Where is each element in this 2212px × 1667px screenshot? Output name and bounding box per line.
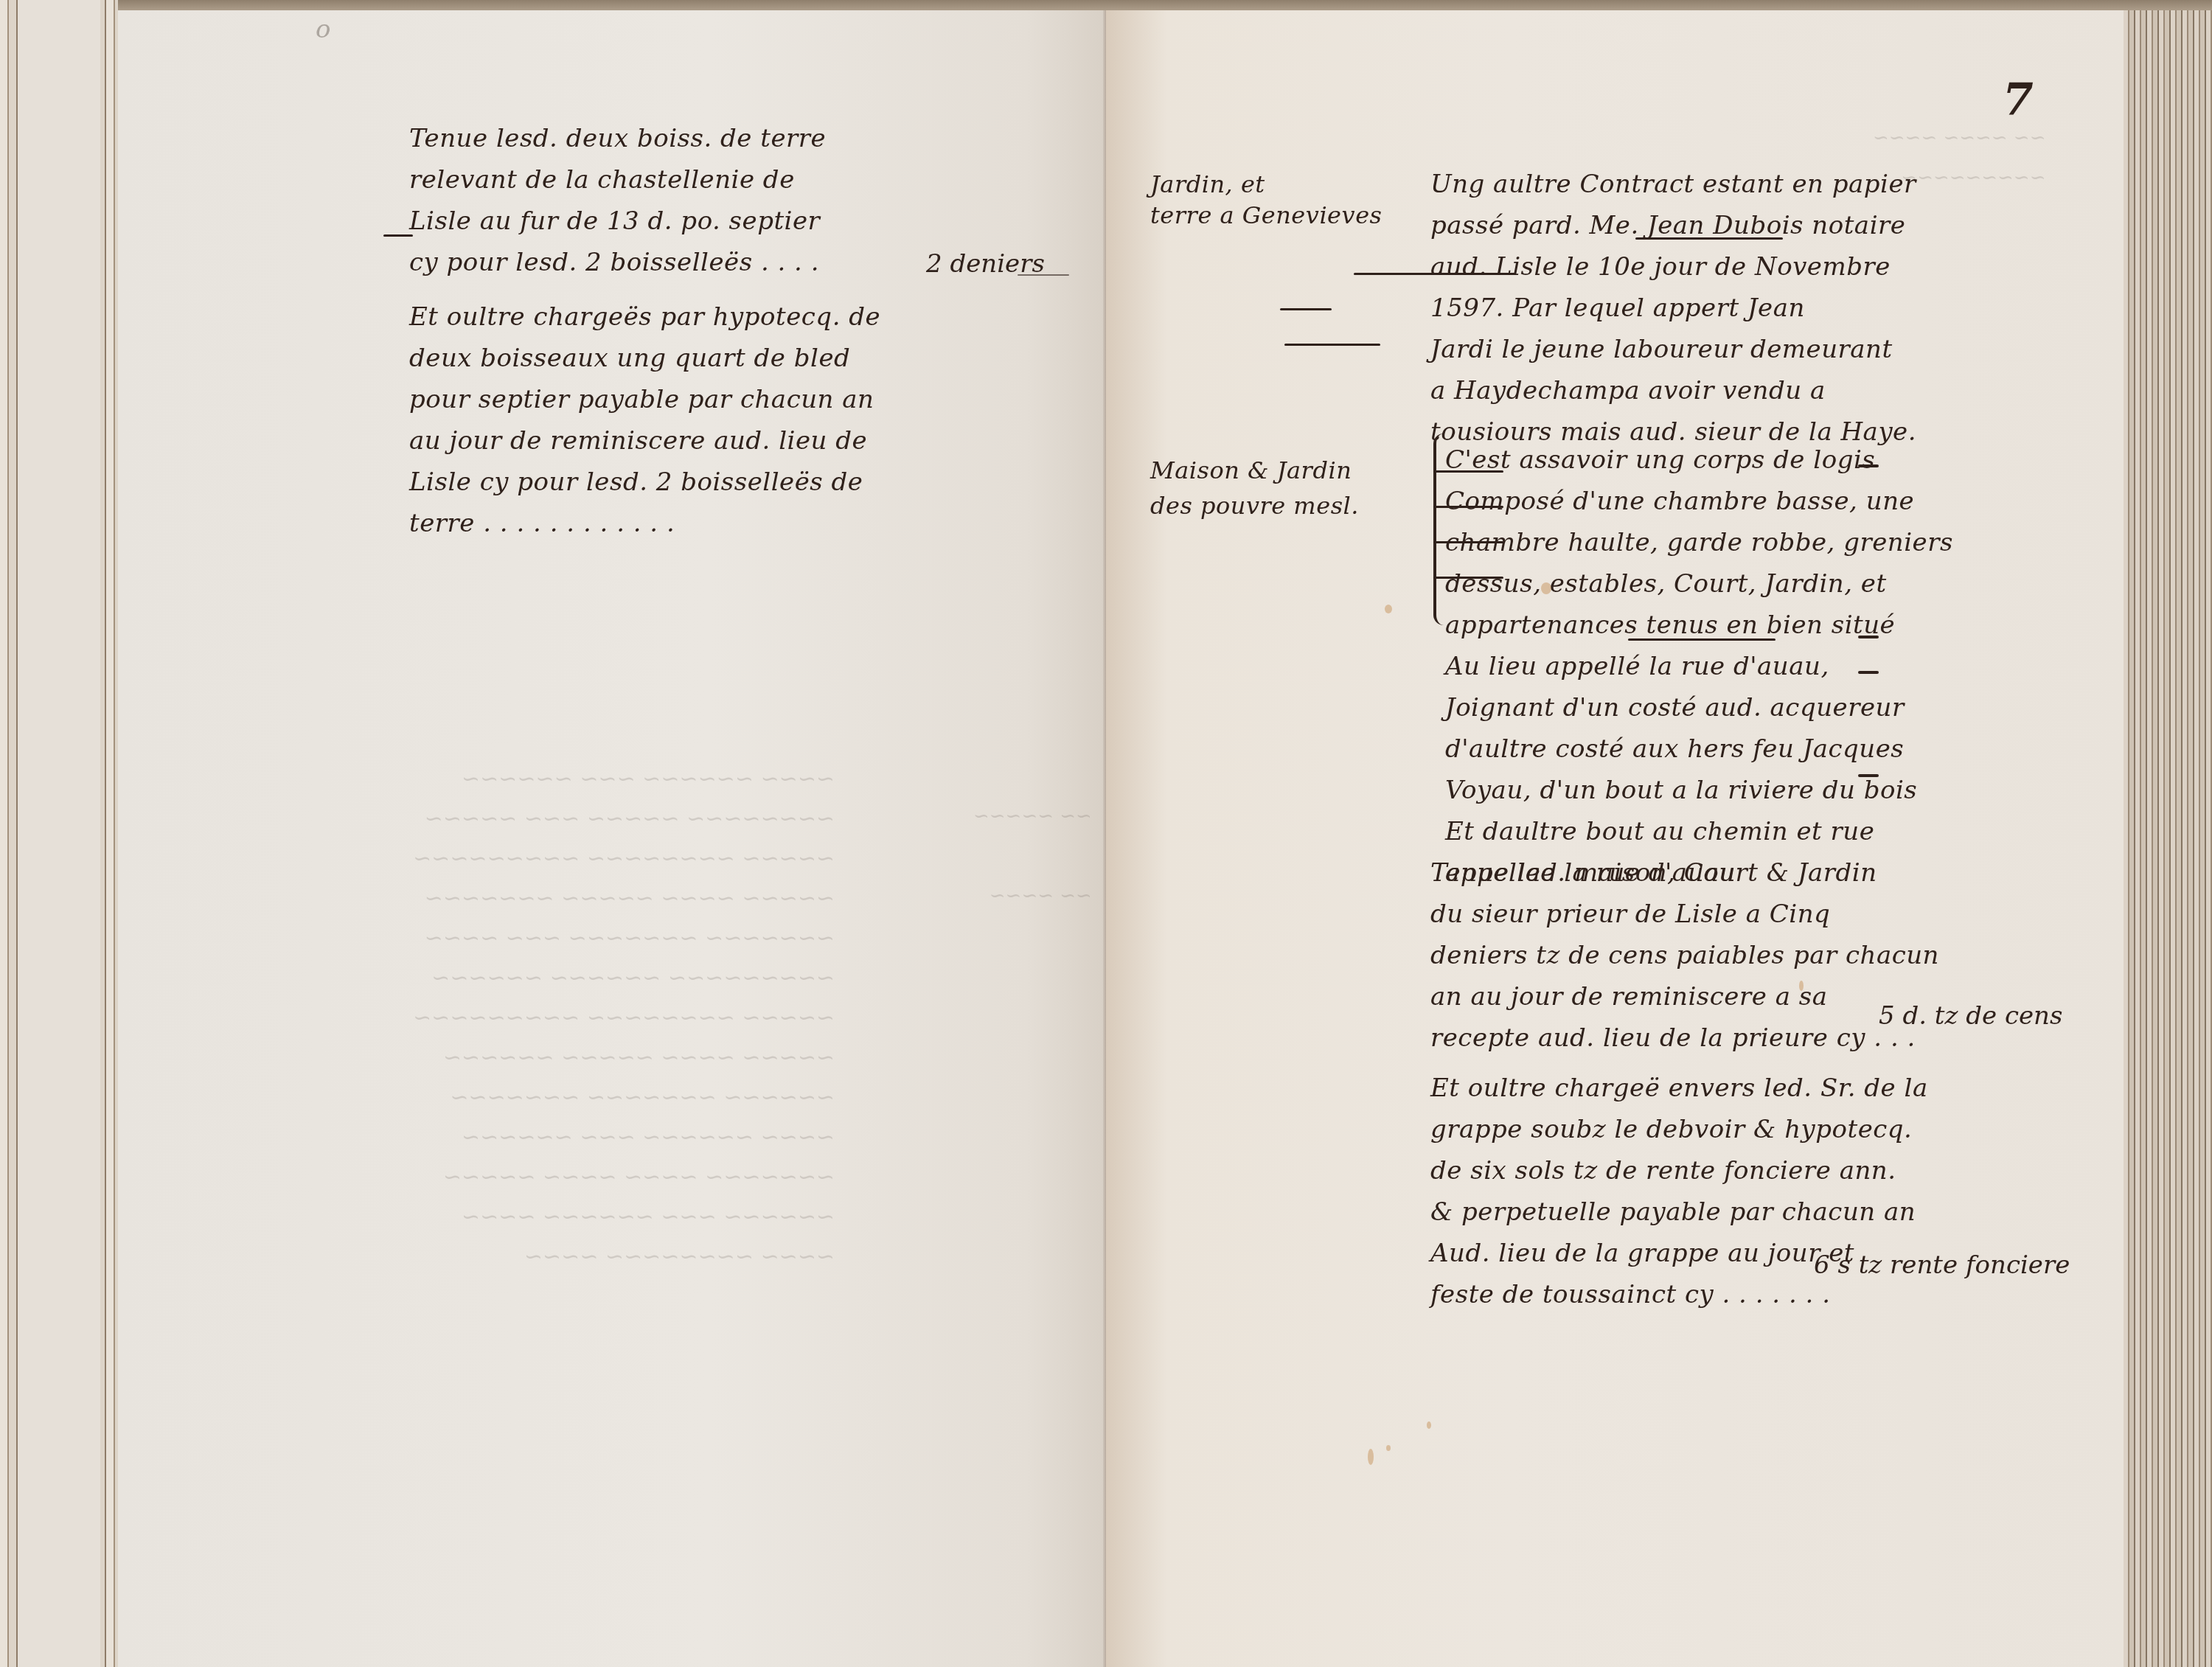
left-entry-line: deux boisseaux ung quart de bled bbox=[409, 338, 880, 379]
entry-line: dessus, estables, Court, Jardin, et bbox=[1445, 563, 1953, 605]
entry-line: aud. Lisle le 10e jour de Novembre bbox=[1430, 246, 1916, 288]
entry-line: passé pard. Me. Jean Dubois notaire bbox=[1430, 205, 1916, 246]
underline-year bbox=[1280, 308, 1332, 310]
entry-line: Et daultre bout au chemin et rue bbox=[1445, 811, 1953, 852]
entry-line: Joignant d'un costé aud. acquereur bbox=[1445, 687, 1953, 728]
bleed-through-text: ~~~~ ~~~~~~ ~~~ ~~~~~~ ~~~~~~~~ ~~~~~ ~~… bbox=[413, 759, 835, 1277]
foxing-stain bbox=[1386, 1445, 1391, 1451]
faint-top-mark: o bbox=[316, 15, 330, 44]
entry-line: du sieur prieur de Lisle a Cinq bbox=[1430, 894, 1939, 935]
left-entry-line: au jour de reminiscere aud. lieu de bbox=[409, 420, 880, 462]
margin-note-maison: Maison & Jardin des pouvre mesl. bbox=[1150, 450, 1359, 526]
left-entry-line: Tenue lesd. deux boiss. de terre bbox=[409, 118, 880, 159]
entry-line: grappe soubz le debvoir & hypotecq. bbox=[1430, 1109, 1928, 1150]
left-entry-line: pour septier payable par chacun an bbox=[409, 379, 880, 420]
entry-line: Tenue lad. maison, Court & Jardin bbox=[1430, 852, 1939, 894]
underline-date bbox=[1354, 273, 1516, 275]
left-entry-line: cy pour lesd. 2 boisselleës . . . . bbox=[409, 242, 880, 283]
manuscript-spread: o ~~~~ ~~~~~~ ~~~ ~~~~~~ ~~~~~~~~ ~~~~~ … bbox=[0, 0, 2212, 1667]
left-entry-line: terre . . . . . . . . . . . . bbox=[409, 503, 880, 544]
foxing-stain bbox=[1385, 605, 1392, 613]
entry-line: 1597. Par lequel appert Jean bbox=[1430, 288, 1916, 329]
rente-amount: 6 s tz rente fonciere bbox=[1814, 1250, 2070, 1280]
entry-line: Composé d'une chambre basse, une bbox=[1445, 481, 1953, 522]
left-entry-line: relevant de la chastellenie de bbox=[409, 159, 880, 201]
left-page-stack-edges bbox=[0, 0, 118, 1667]
line-end-dash bbox=[1858, 464, 1879, 467]
left-entry-text: Tenue lesd. deux boiss. de terre relevan… bbox=[409, 118, 880, 544]
right-page-stack-edges bbox=[2124, 10, 2212, 1667]
margin-note-line: des pouvre mesl. bbox=[1150, 485, 1359, 526]
line-end-dash bbox=[1858, 636, 1879, 638]
entry-line: C'est assavoir ung corps de logis bbox=[1445, 439, 1953, 481]
right-entry-tenue: Tenue lad. maison, Court & Jardin du sie… bbox=[1430, 852, 1939, 1059]
entry-line: de six sols tz de rente fonciere ann. bbox=[1430, 1150, 1928, 1191]
foxing-stain bbox=[1427, 1421, 1431, 1429]
entry-line: & perpetuelle payable par chacun an bbox=[1430, 1191, 1928, 1233]
entry-line: Au lieu appellé la rue d'auau, bbox=[1445, 646, 1953, 687]
left-entry-line: Et oultre chargeës par hypotecq. de bbox=[409, 296, 880, 338]
entry-line: an au jour de reminiscere a sa bbox=[1430, 976, 1939, 1017]
amount-underline bbox=[1018, 274, 1069, 276]
entry-line: Ung aultre Contract estant en papier bbox=[1430, 164, 1916, 205]
entry-line: d'aultre costé aux hers feu Jacques bbox=[1445, 728, 1953, 770]
entry-line: a Haydechampa avoir vendu a bbox=[1430, 370, 1916, 411]
left-margin-rule bbox=[383, 234, 413, 237]
underline-name bbox=[1284, 344, 1380, 346]
entry-line: chambre haulte, garde robbe, greniers bbox=[1445, 522, 1953, 563]
left-entry-line: Lisle cy pour lesd. 2 boisselleës de bbox=[409, 462, 880, 503]
right-entry-description: C'est assavoir ung corps de logis Compos… bbox=[1445, 439, 1953, 894]
foxing-stain bbox=[1799, 981, 1804, 991]
line-end-dash bbox=[1858, 774, 1879, 777]
left-entry-line: Lisle au fur de 13 d. po. septier bbox=[409, 201, 880, 242]
bleed-through-right: ~~ ~~~~ ~~~~ ~~~~~~~~~ bbox=[1873, 118, 2045, 198]
underline-rue bbox=[1628, 638, 1775, 641]
bleed-through-margin: ~~ ~~~~~ ~~ ~~~~ bbox=[973, 796, 1092, 916]
margin-note-line: terre a Genevieves bbox=[1150, 195, 1382, 236]
entry-line: Et oultre chargeë envers led. Sr. de la bbox=[1430, 1068, 1928, 1109]
entry-line: deniers tz de cens paiables par chacun bbox=[1430, 935, 1939, 976]
line-end-dash bbox=[1858, 671, 1879, 674]
foxing-stain bbox=[1541, 582, 1551, 594]
left-flyleaf bbox=[18, 0, 100, 1667]
cens-amount: 5 d. tz de cens bbox=[1879, 1001, 2062, 1031]
entry-line: feste de toussainct cy . . . . . . . bbox=[1430, 1274, 1928, 1315]
margin-note-jardin: Jardin, et terre a Genevieves bbox=[1150, 164, 1382, 236]
entry-line: Jardi le jeune laboureur demeurant bbox=[1430, 329, 1916, 370]
foxing-stain bbox=[1368, 1449, 1374, 1465]
right-entry-contract: Ung aultre Contract estant en papier pas… bbox=[1430, 164, 1916, 453]
underline-notary bbox=[1635, 237, 1783, 240]
entry-line: recepte aud. lieu de la prieure cy . . . bbox=[1430, 1017, 1939, 1059]
